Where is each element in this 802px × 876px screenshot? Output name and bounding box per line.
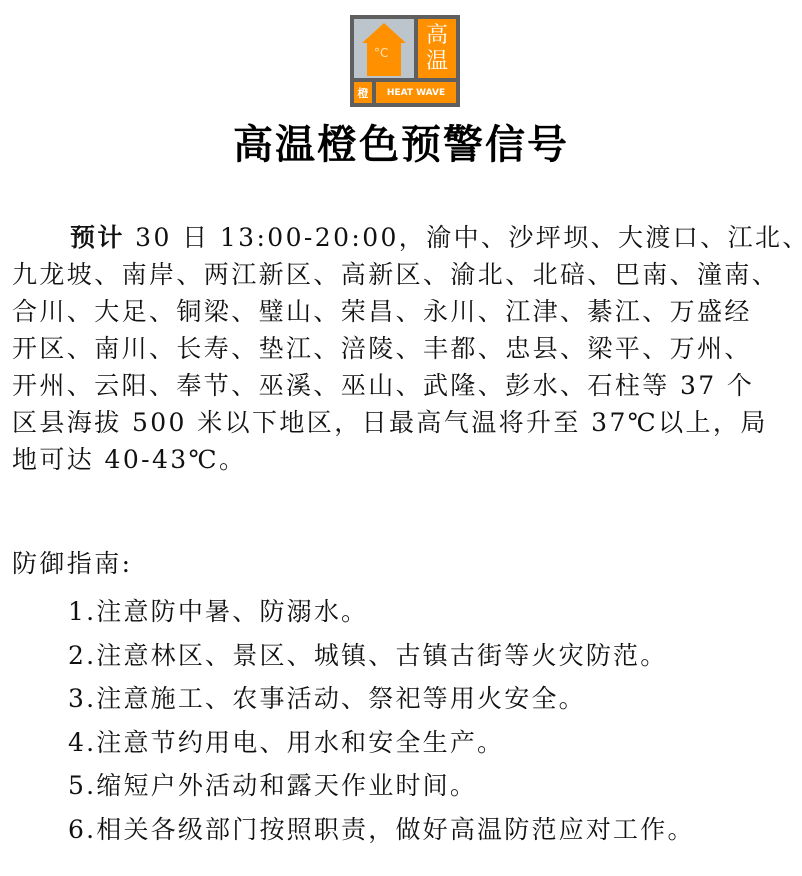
- page-title: 高温橙色预警信号: [0, 118, 802, 172]
- forecast-lead: 预计: [70, 223, 125, 252]
- celsius-symbol: °C: [374, 46, 388, 60]
- guide-item: 6.相关各级部门按照职责，做好高温防范应对工作。: [68, 808, 695, 852]
- forecast-line: 合川、大足、铜梁、璧山、荣昌、永川、江津、綦江、万盛经: [12, 293, 792, 330]
- forecast-line: 开州、云阳、奉节、巫溪、巫山、武隆、彭水、石柱等 37 个: [12, 367, 792, 404]
- forecast-line: 预计 30 日 13:00-20:00，渝中、沙坪坝、大渡口、江北、: [12, 219, 792, 256]
- guide-item: 2.注意林区、景区、城镇、古镇古街等火灾防范。: [68, 634, 695, 678]
- defense-guide-list: 1.注意防中暑、防溺水。 2.注意林区、景区、城镇、古镇古街等火灾防范。 3.注…: [68, 590, 695, 851]
- forecast-line-rest: 30 日 13:00-20:00，渝中、沙坪坝、大渡口、江北、: [125, 223, 802, 252]
- cheng-label: 橙: [354, 82, 372, 103]
- guide-item: 4.注意节约用电、用水和安全生产。: [68, 721, 695, 765]
- gao-wen-label: 高 温: [418, 19, 456, 78]
- house-thermometer-icon: °C: [354, 19, 414, 78]
- forecast-line: 开区、南川、长寿、垫江、涪陵、丰都、忠县、梁平、万州、: [12, 330, 792, 367]
- guide-item: 3.注意施工、农事活动、祭祀等用火安全。: [68, 677, 695, 721]
- heat-wave-warning-icon: °C 高 温 橙 HEAT WAVE: [350, 15, 460, 107]
- guide-item: 5.缩短户外活动和露天作业时间。: [68, 764, 695, 808]
- wen-char: 温: [426, 49, 448, 75]
- forecast-line: 九龙坡、南岸、两江新区、高新区、渝北、北碚、巴南、潼南、: [12, 256, 792, 293]
- heat-wave-label: HEAT WAVE: [376, 82, 456, 103]
- defense-heading: 防御指南:: [12, 545, 132, 582]
- gao-char: 高: [426, 23, 448, 49]
- forecast-line: 地可达 40-43℃。: [12, 441, 792, 478]
- guide-item: 1.注意防中暑、防溺水。: [68, 590, 695, 634]
- forecast-line: 区县海拔 500 米以下地区，日最高气温将升至 37℃以上，局: [12, 404, 792, 441]
- forecast-paragraph: 预计 30 日 13:00-20:00，渝中、沙坪坝、大渡口、江北、 九龙坡、南…: [12, 219, 792, 478]
